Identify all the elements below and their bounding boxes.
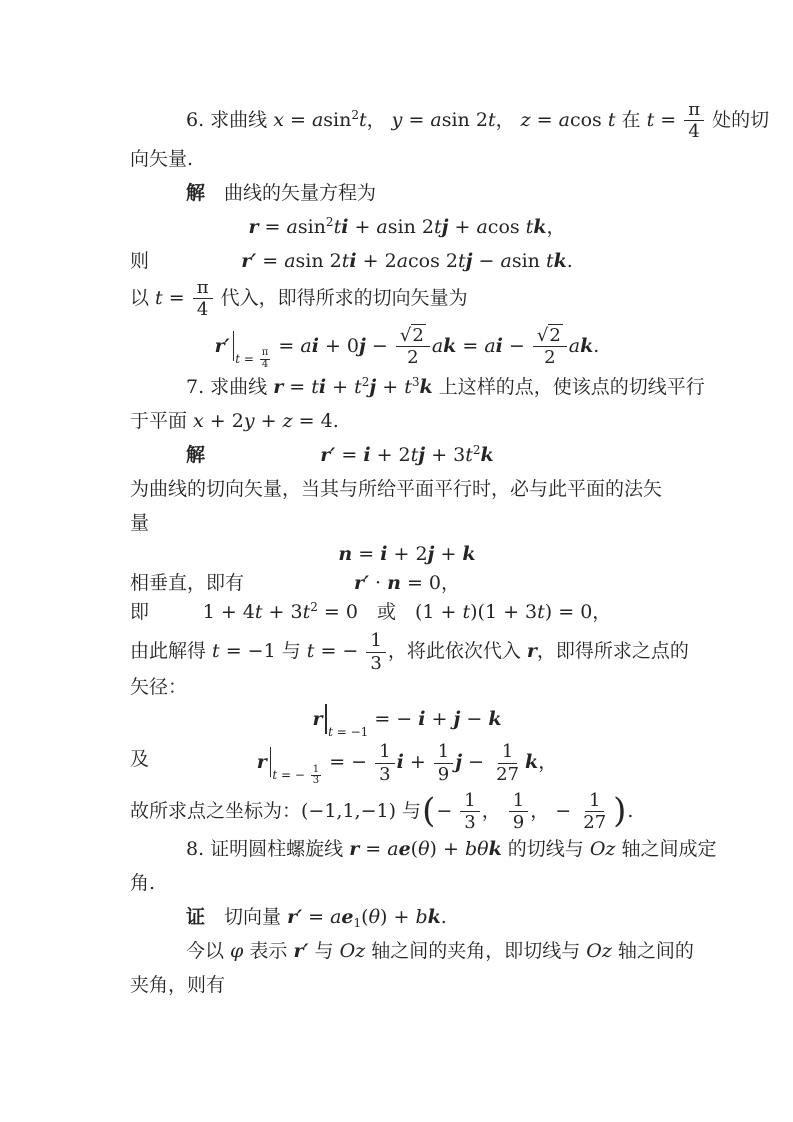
p7-solve-line: 由此解得 t = −1 与 t = − 13，将此依次代入 r，即得所求之点的: [130, 631, 684, 673]
formula-r-at-minus-one-third-label: 及: [130, 742, 149, 776]
p8-text-1: 今以 φ 表示 r′ 与 Oz 轴之间的夹角，即切线与 Oz 轴之间的: [130, 934, 684, 968]
formula-quadratic-label: 即: [130, 598, 149, 627]
text-block: 6. 求曲线 x = asin2t， y = asin 2t， z = acos…: [130, 100, 684, 1002]
problem-7-line-2: 于平面 x + 2y + z = 4.: [130, 404, 684, 438]
p6-substitute-line: 以 t = π4 代入，即得所求的切向矢量为: [130, 278, 684, 320]
p7-answer-line: 故所求点之坐标为：(−1,1,−1) 与(− 13， 19， − 127).: [130, 791, 684, 833]
problem-7-line-1: 7. 求曲线 r = ti + t2j + t3k 上这样的点，使该点的切线平行: [130, 370, 684, 404]
problem-8-line-2: 角.: [130, 866, 684, 900]
formula-dot-product-label: 相垂直，即有: [130, 569, 244, 598]
formula-tangent-at-pi4: r′t = π4 = ai + 0j − √22ak = ai − √22ak.: [130, 326, 684, 370]
problem-6-solution-intro: 解 曲线的矢量方程为: [130, 176, 684, 210]
problem-8-line-1: 8. 证明圆柱螺旋线 r = ae(θ) + bθk 的切线与 Oz 轴之间成定: [130, 832, 684, 866]
p8-proof-intro: 证 切向量 r′ = ae1(θ) + bk.: [130, 900, 684, 934]
formula-r-prime: 则r′ = asin 2ti + 2acos 2tj − asin tk.: [130, 244, 684, 278]
formula-dot-product: 相垂直，即有r′ · n = 0，: [130, 569, 684, 598]
formula-normal-vector: n = i + 2j + k: [130, 540, 684, 569]
p8-text-2: 夹角，则有: [130, 968, 684, 1002]
formula-r-at-minus1: rt = −1 = − i + j − k: [130, 702, 684, 736]
formula-r-vector-equation: r = asin2ti + asin 2tj + acos tk，: [130, 210, 684, 244]
p7-text-1: 为曲线的切向矢量，当其与所给平面平行时，必与此平面的法矢: [130, 472, 684, 506]
scanned-textbook-page: 6. 求曲线 x = asin2t， y = asin 2t， z = acos…: [0, 0, 793, 1122]
problem-6-line-1: 6. 求曲线 x = asin2t， y = asin 2t， z = acos…: [130, 100, 684, 142]
p7-text-3: 矢径：: [130, 673, 684, 702]
formula-r-prime-label: 则: [130, 244, 149, 278]
formula-r-prime-p7: 解r′ = i + 2tj + 3t2k: [130, 438, 684, 472]
problem-6-line-2: 向矢量.: [130, 142, 684, 176]
p7-text-2: 量: [130, 506, 684, 540]
formula-r-at-minus-one-third: 及rt = − 13 = − 13i + 19j − 127k，: [130, 742, 684, 786]
formula-r-prime-p7-label: 解: [186, 438, 205, 472]
formula-quadratic: 即1 + 4t + 3t2 = 0 或 (1 + t)(1 + 3t) = 0，: [130, 598, 684, 627]
